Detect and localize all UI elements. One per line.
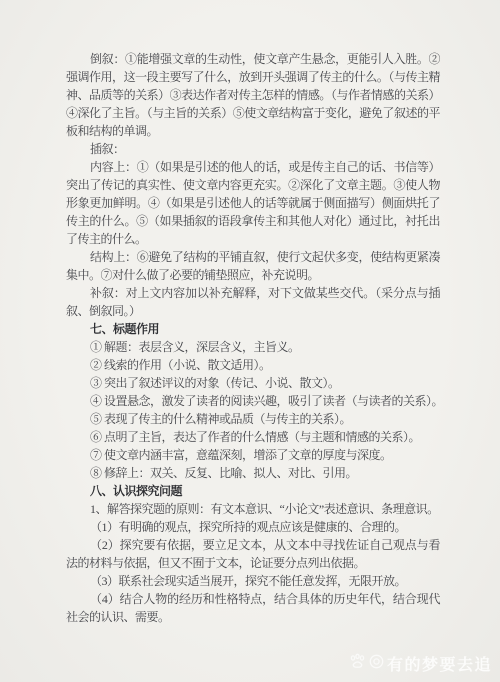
heading-section-8: 八、认识探究问题	[66, 482, 440, 500]
list-item-2: ② 线索的作用（小说、散文适用）。	[66, 356, 440, 374]
para-point-4: （4）结合人物的经历和性格特点，结合具体的历史年代，结合现代社会的认识、需要。	[66, 590, 440, 626]
para-point-1: （1）有明确的观点，探究所持的观点应该是健康的、合理的。	[66, 518, 440, 536]
list-item-5: ⑤ 表现了传主的什么精神或品质（与传主的关系）。	[66, 410, 440, 428]
para-chaxu-label: 插叙：	[66, 140, 440, 158]
watermark-text: 有的梦要去追	[387, 652, 492, 675]
list-item-8: ⑧ 修辞上：双关、反复、比喻、拟人、对比、引用。	[66, 464, 440, 482]
para-point-3: （3）联系社会现实适当展开，探究不能任意发挥，无限开放。	[66, 572, 440, 590]
document-body: 倒叙：①能增强文章的生动性，使文章产生悬念，更能引人入胜。②强调作用，这一段主要…	[66, 50, 440, 626]
para-daoxu: 倒叙：①能增强文章的生动性，使文章产生悬念，更能引人入胜。②强调作用，这一段主要…	[66, 50, 440, 140]
list-item-1: ① 解题：表层含义，深层含义，主旨义。	[66, 338, 440, 356]
watermark: 有的梦要去追	[349, 652, 492, 675]
para-chaxu-structure: 结构上：⑥避免了结构的平铺直叙，使行文起伏多变，使结构更紧凑集中。⑦对什么做了必…	[66, 248, 440, 284]
heading-section-7: 七、标题作用	[66, 320, 440, 338]
paw-icon	[349, 653, 366, 674]
list-item-6: ⑥ 点明了主旨，表达了作者的什么情感（与主题和情感的关系）。	[66, 428, 440, 446]
para-point-2: （2）探究要有依据，要立足文本，从文本中寻找佐证自己观点与看法的材料与依据，但又…	[66, 536, 440, 572]
para-principle: 1、解答探究题的原则：有文本意识、“小论文”表述意识、条理意识。	[66, 500, 440, 518]
scanned-document-page: 倒叙：①能增强文章的生动性，使文章产生悬念，更能引人入胜。②强调作用，这一段主要…	[0, 0, 500, 682]
para-buxu: 补叙：对上文内容加以补充解释，对下文做某些交代。（采分点与插叙、倒叙同。）	[66, 284, 440, 320]
lens-circle-icon	[369, 654, 384, 674]
para-chaxu-content: 内容上：①（如果是引述的他人的话，或是传主自己的话、书信等）突出了传记的真实性、…	[66, 158, 440, 248]
list-item-4: ④ 设置悬念，激发了读者的阅读兴趣，吸引了读者（与读者的关系）。	[66, 392, 440, 410]
list-item-3: ③ 突出了叙述评议的对象（传记、小说、散文）。	[66, 374, 440, 392]
list-item-7: ⑦ 使文章内涵丰富，意蕴深刻，增添了文章的厚度与深度。	[66, 446, 440, 464]
